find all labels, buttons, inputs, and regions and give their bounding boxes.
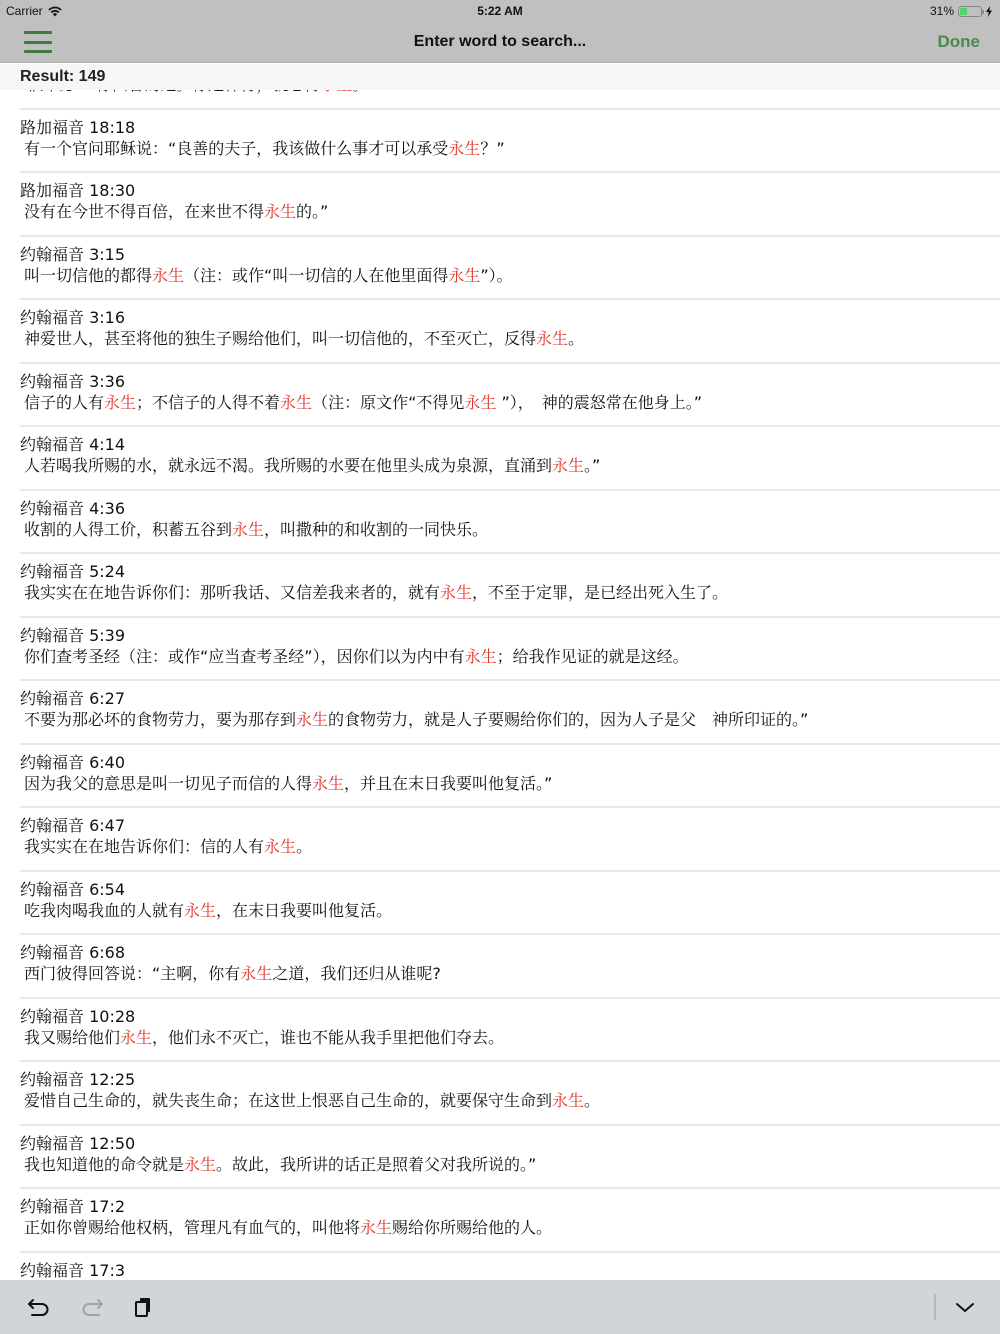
- battery-percent: 31%: [930, 4, 954, 18]
- verse-text: 我实实在在地告诉你们：那听我话、又信差我来者的，就有永生，不至于定罪，是已经出死…: [20, 582, 1000, 604]
- search-results-list[interactable]: 耶稣说：“你回答的是。你这样行，就必得永生。”路加福音 18:18有一个官问耶稣…: [0, 90, 1000, 1280]
- search-term-highlight: 永生: [465, 647, 497, 666]
- verse-reference: 约翰福音 3:15: [20, 245, 1000, 265]
- verse-reference: 约翰福音 5:24: [20, 562, 1000, 582]
- result-row[interactable]: 约翰福音 3:16神爱世人，甚至将他的独生子赐给他们，叫一切信他的，不至灭亡，反…: [20, 300, 1000, 364]
- result-row[interactable]: 约翰福音 4:14人若喝我所赐的水，就永远不渴。我所赐的水要在他里头成为泉源，直…: [20, 427, 1000, 491]
- verse-text-segment: 神爱世人，甚至将他的独生子赐给他们，叫一切信他的，不至灭亡，反得: [24, 329, 536, 348]
- verse-reference: 约翰福音 12:25: [20, 1070, 1000, 1090]
- search-term-highlight: 永生: [552, 456, 584, 475]
- verse-text-segment: 收割的人得工价，积蓄五谷到: [24, 520, 232, 539]
- verse-reference: 约翰福音 4:36: [20, 499, 1000, 519]
- verse-reference: 约翰福音 10:28: [20, 1007, 1000, 1027]
- result-row[interactable]: 约翰福音 4:36收割的人得工价，积蓄五谷到永生，叫撒种的和收割的一同快乐。: [20, 491, 1000, 555]
- verse-text-segment: 吃我肉喝我血的人就有: [24, 901, 184, 920]
- verse-text-segment: 的食物劳力，就是人子要赐给你们的，因为人子是父 神所印证的。”: [328, 710, 808, 729]
- verse-reference: 路加福音 18:18: [20, 118, 1000, 138]
- result-row[interactable]: 约翰福音 5:24我实实在在地告诉你们：那听我话、又信差我来者的，就有永生，不至…: [20, 554, 1000, 618]
- search-term-highlight: 永生: [448, 266, 480, 285]
- verse-reference: 约翰福音 6:47: [20, 816, 1000, 836]
- navigation-bar: Enter word to search... Done: [0, 22, 1000, 63]
- search-term-highlight: 永生: [320, 90, 352, 94]
- result-row[interactable]: 路加福音 18:30没有在今世不得百倍，在来世不得永生的。”: [20, 173, 1000, 237]
- verse-text: 神爱世人，甚至将他的独生子赐给他们，叫一切信他的，不至灭亡，反得永生。: [20, 328, 1000, 350]
- verse-text: 西门彼得回答说：“主啊，你有永生之道，我们还归从谁呢?: [20, 963, 1000, 985]
- result-row[interactable]: 约翰福音 6:68西门彼得回答说：“主啊，你有永生之道，我们还归从谁呢?: [20, 935, 1000, 999]
- search-term-highlight: 永生: [448, 139, 480, 158]
- verse-text-segment: 叫一切信他的都得: [24, 266, 152, 285]
- verse-text-segment: ，叫撒种的和收割的一同快乐。: [264, 520, 488, 539]
- search-term-highlight: 永生: [184, 901, 216, 920]
- verse-text-segment: ；给我作见证的就是这经。: [497, 647, 689, 666]
- toolbar-divider: [934, 1294, 936, 1320]
- verse-text: 没有在今世不得百倍，在来世不得永生的。”: [20, 201, 1000, 223]
- verse-text-segment: 。”: [584, 456, 600, 475]
- verse-text: 人若喝我所赐的水，就永远不渴。我所赐的水要在他里头成为泉源，直涌到永生。”: [20, 455, 1000, 477]
- verse-text-segment: 。”: [352, 90, 368, 94]
- verse-text-segment: 。: [296, 837, 312, 856]
- verse-text-segment: 西门彼得回答说：“主啊，你有: [24, 964, 240, 983]
- verse-reference: 约翰福音 6:54: [20, 880, 1000, 900]
- verse-text-segment: （注：原文作“不得见: [312, 393, 464, 412]
- verse-text-segment: 有一个官问耶稣说：“良善的夫子，我该做什么事才可以承受: [24, 139, 448, 158]
- verse-text-segment: 我实实在在地告诉你们：信的人有: [24, 837, 264, 856]
- verse-text-segment: ，在末日我要叫他复活。: [216, 901, 392, 920]
- result-row[interactable]: 约翰福音 3:15叫一切信他的都得永生（注：或作“叫一切信的人在他里面得永生”）…: [20, 237, 1000, 301]
- result-row[interactable]: 约翰福音 10:28我又赐给他们永生，他们永不灭亡，谁也不能从我手里把他们夺去。: [20, 999, 1000, 1063]
- verse-text: 你们查考圣经（注：或作“应当查考圣经”），因你们以为内中有永生；给我作见证的就是…: [20, 646, 1000, 668]
- search-term-highlight: 永生: [264, 837, 296, 856]
- verse-text-segment: ，不至于定罪，是已经出死入生了。: [472, 583, 728, 602]
- hamburger-menu-icon[interactable]: [24, 31, 52, 53]
- verse-text-segment: 因为我父的意思是叫一切见子而信的人得: [24, 774, 312, 793]
- verse-text: 不要为那必坏的食物劳力，要为那存到永生的食物劳力，就是人子要赐给你们的，因为人子…: [20, 709, 1000, 731]
- battery-indicator: 31%: [930, 4, 992, 18]
- search-term-highlight: 永生: [232, 520, 264, 539]
- status-bar: Carrier 5:22 AM 31%: [0, 0, 1000, 22]
- search-term-highlight: 永生: [360, 1218, 392, 1237]
- verse-text: 我又赐给他们永生，他们永不灭亡，谁也不能从我手里把他们夺去。: [20, 1027, 1000, 1049]
- verse-text-segment: 人若喝我所赐的水，就永远不渴。我所赐的水要在他里头成为泉源，直涌到: [24, 456, 552, 475]
- result-count: Result: 149: [0, 64, 1000, 90]
- verse-text-segment: ，并且在末日我要叫他复活。”: [344, 774, 552, 793]
- search-term-highlight: 永生: [464, 393, 496, 412]
- result-row[interactable]: 约翰福音 5:39你们查考圣经（注：或作“应当查考圣经”），因你们以为内中有永生…: [20, 618, 1000, 682]
- keyboard-toolbar: [0, 1280, 1000, 1334]
- verse-text: 有一个官问耶稣说：“良善的夫子，我该做什么事才可以承受永生？”: [20, 138, 1000, 160]
- result-row[interactable]: 约翰福音 12:25爱惜自己生命的，就失丧生命；在这世上恨恶自己生命的，就要保守…: [20, 1062, 1000, 1126]
- search-term-highlight: 永生: [552, 1091, 584, 1110]
- search-term-highlight: 永生: [104, 393, 136, 412]
- verse-text-segment: 不要为那必坏的食物劳力，要为那存到: [24, 710, 296, 729]
- result-row[interactable]: 路加福音 18:18有一个官问耶稣说：“良善的夫子，我该做什么事才可以承受永生？…: [20, 110, 1000, 174]
- search-term-highlight: 永生: [152, 266, 184, 285]
- verse-text: 信子的人有永生；不信子的人得不着永生（注：原文作“不得见永生 ”）， 神的震怒常…: [20, 392, 1000, 414]
- verse-text: 我实实在在地告诉你们：信的人有永生。: [20, 836, 1000, 858]
- verse-text-segment: 我也知道他的命令就是: [24, 1155, 184, 1174]
- result-row[interactable]: 约翰福音 6:27不要为那必坏的食物劳力，要为那存到永生的食物劳力，就是人子要赐…: [20, 681, 1000, 745]
- result-row[interactable]: 约翰福音 17:2正如你曾赐给他权柄，管理凡有血气的，叫他将永生赐给你所赐给他的…: [20, 1189, 1000, 1253]
- verse-reference: 约翰福音 6:27: [20, 689, 1000, 709]
- hide-keyboard-chevron-icon[interactable]: [952, 1294, 978, 1320]
- verse-text-segment: 信子的人有: [24, 393, 104, 412]
- verse-reference: 约翰福音 3:36: [20, 372, 1000, 392]
- verse-text-segment: ”）， 神的震怒常在他身上。”: [496, 393, 702, 412]
- search-term-highlight: 永生: [440, 583, 472, 602]
- result-row[interactable]: 耶稣说：“你回答的是。你这样行，就必得永生。”: [20, 90, 1000, 110]
- verse-reference: 约翰福音 12:50: [20, 1134, 1000, 1154]
- verse-text-segment: 。: [584, 1091, 600, 1110]
- charging-bolt-icon: [986, 6, 992, 17]
- verse-reference: 路加福音 18:30: [20, 181, 1000, 201]
- verse-text: 叫一切信他的都得永生（注：或作“叫一切信的人在他里面得永生”）。: [20, 265, 1000, 287]
- result-row[interactable]: 约翰福音 6:54吃我肉喝我血的人就有永生，在末日我要叫他复活。: [20, 872, 1000, 936]
- verse-reference: 约翰福音 17:3: [20, 1261, 1000, 1281]
- verse-text: 爱惜自己生命的，就失丧生命；在这世上恨恶自己生命的，就要保守生命到永生。: [20, 1090, 1000, 1112]
- verse-text-segment: 赐给你所赐给他的人。: [392, 1218, 552, 1237]
- verse-reference: 约翰福音 3:16: [20, 308, 1000, 328]
- search-term-highlight: 永生: [184, 1155, 216, 1174]
- search-term-highlight: 永生: [312, 774, 344, 793]
- verse-text: 耶稣说：“你回答的是。你这样行，就必得永生。”: [20, 90, 1000, 96]
- result-list-content: 耶稣说：“你回答的是。你这样行，就必得永生。”路加福音 18:18有一个官问耶稣…: [0, 90, 1000, 1280]
- verse-text: 因为我父的意思是叫一切见子而信的人得永生，并且在末日我要叫他复活。”: [20, 773, 1000, 795]
- search-term-highlight: 永生: [240, 964, 272, 983]
- verse-text-segment: 的。”: [296, 202, 328, 221]
- search-term-highlight: 永生: [296, 710, 328, 729]
- verse-text-segment: ”）。: [480, 266, 512, 285]
- verse-reference: 约翰福音 4:14: [20, 435, 1000, 455]
- done-button[interactable]: Done: [938, 32, 981, 52]
- verse-reference: 约翰福音 5:39: [20, 626, 1000, 646]
- verse-text: 我也知道他的命令就是永生。故此，我所讲的话正是照着父对我所说的。”: [20, 1154, 1000, 1176]
- verse-reference: 约翰福音 6:40: [20, 753, 1000, 773]
- battery-icon: [958, 6, 982, 17]
- verse-text-segment: 爱惜自己生命的，就失丧生命；在这世上恨恶自己生命的，就要保守生命到: [24, 1091, 552, 1110]
- verse-text-segment: 你们查考圣经（注：或作“应当查考圣经”），因你们以为内中有: [24, 647, 465, 666]
- clock: 5:22 AM: [0, 4, 1000, 18]
- verse-text-segment: 之道，我们还归从谁呢?: [272, 964, 441, 983]
- verse-reference: 约翰福音 6:68: [20, 943, 1000, 963]
- verse-text-segment: 。故此，我所讲的话正是照着父对我所说的。”: [216, 1155, 536, 1174]
- result-row[interactable]: 约翰福音 6:47我实实在在地告诉你们：信的人有永生。: [20, 808, 1000, 872]
- verse-text: 正如你曾赐给他权柄，管理凡有血气的，叫他将永生赐给你所赐给他的人。: [20, 1217, 1000, 1239]
- redo-icon[interactable]: [79, 1294, 105, 1320]
- verse-text: 吃我肉喝我血的人就有永生，在末日我要叫他复活。: [20, 900, 1000, 922]
- result-row[interactable]: 约翰福音 3:36信子的人有永生；不信子的人得不着永生（注：原文作“不得见永生 …: [20, 364, 1000, 428]
- result-row[interactable]: 约翰福音 12:50我也知道他的命令就是永生。故此，我所讲的话正是照着父对我所说…: [20, 1126, 1000, 1190]
- verse-text-segment: 我又赐给他们: [24, 1028, 120, 1047]
- paste-icon[interactable]: [131, 1294, 157, 1320]
- result-row[interactable]: 约翰福音 17:3: [20, 1253, 1000, 1281]
- verse-reference: 约翰福音 17:2: [20, 1197, 1000, 1217]
- undo-icon[interactable]: [26, 1294, 52, 1320]
- search-term-highlight: 永生: [280, 393, 312, 412]
- verse-text-segment: 正如你曾赐给他权柄，管理凡有血气的，叫他将: [24, 1218, 360, 1237]
- verse-text-segment: ；不信子的人得不着: [136, 393, 280, 412]
- verse-text: 收割的人得工价，积蓄五谷到永生，叫撒种的和收割的一同快乐。: [20, 519, 1000, 541]
- verse-text-segment: （注：或作“叫一切信的人在他里面得: [184, 266, 448, 285]
- search-term-highlight: 永生: [264, 202, 296, 221]
- verse-text-segment: 耶稣说：“你回答的是。你这样行，就必得: [24, 90, 320, 94]
- result-row[interactable]: 约翰福音 6:40因为我父的意思是叫一切见子而信的人得永生，并且在末日我要叫他复…: [20, 745, 1000, 809]
- search-term-highlight: 永生: [536, 329, 568, 348]
- verse-text-segment: 没有在今世不得百倍，在来世不得: [24, 202, 264, 221]
- search-term-highlight: 永生: [120, 1028, 152, 1047]
- verse-text-segment: 我实实在在地告诉你们：那听我话、又信差我来者的，就有: [24, 583, 440, 602]
- verse-text-segment: ？”: [480, 139, 504, 158]
- verse-text-segment: ，他们永不灭亡，谁也不能从我手里把他们夺去。: [152, 1028, 504, 1047]
- search-input[interactable]: Enter word to search...: [350, 33, 650, 51]
- verse-text-segment: 。: [568, 329, 584, 348]
